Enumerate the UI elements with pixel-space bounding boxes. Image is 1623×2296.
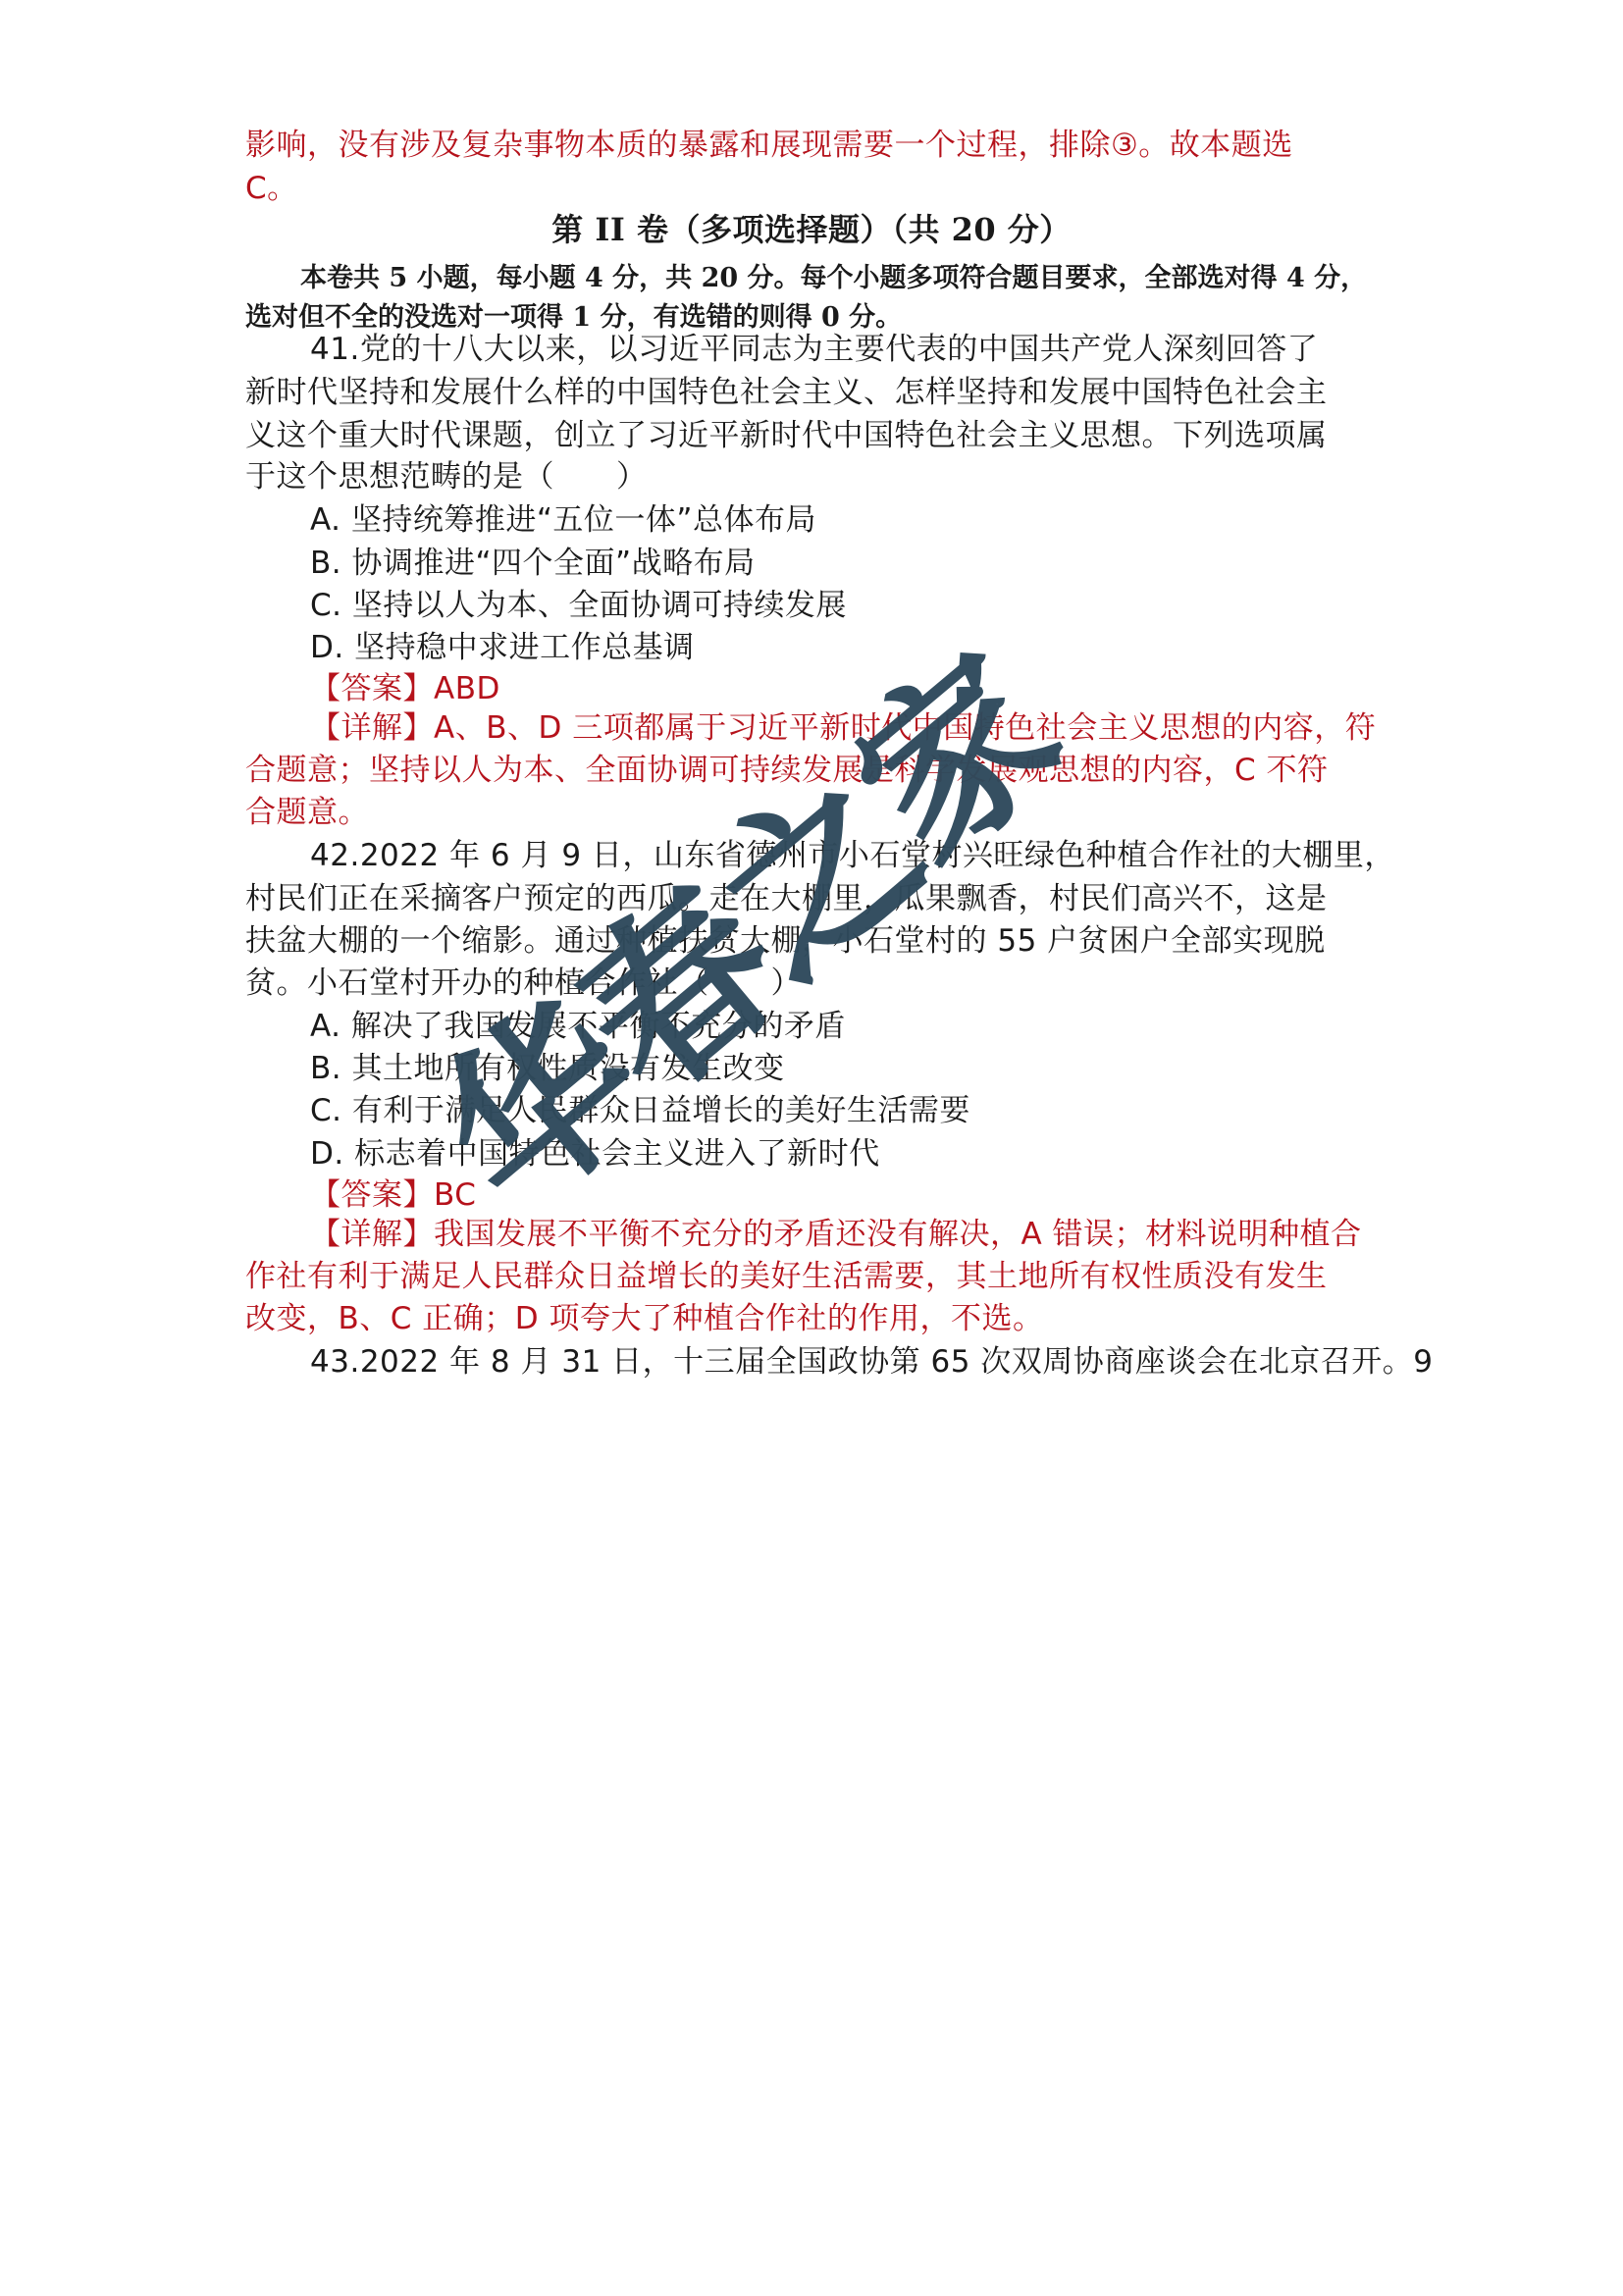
question-41-option-a: A. 坚持统筹推进“五位一体”总体布局 [310, 500, 1448, 540]
answer-value: ABD [434, 671, 500, 706]
question-41-stem-2: 新时代坚持和发展什么样的中国特色社会主义、怎样坚持和发展中国特色社会主 [245, 373, 1384, 412]
question-41-stem-1: 41.党的十八大以来，以习近平同志为主要代表的中国共产党人深刻回答了 [310, 330, 1448, 369]
question-41-option-b: B. 协调推进“四个全面”战略布局 [310, 544, 1448, 583]
explanation-label: 【详解】 [310, 710, 434, 746]
prev-explanation-line-1: 影响，没有涉及复杂事物本质的暴露和展现需要一个过程，排除③。故本题选 [245, 126, 1384, 165]
document-page: 影响，没有涉及复杂事物本质的暴露和展现需要一个过程，排除③。故本题选 C。 第 … [0, 0, 1623, 2296]
prev-explanation-line-2: C。 [245, 169, 1384, 208]
question-42-answer: 【答案】BC [310, 1175, 1448, 1215]
section-title: 第 II 卷（多项选择题）（共 20 分） [0, 210, 1623, 249]
question-43-stem-1: 43.2022 年 8 月 31 日，十三届全国政协第 65 次双周协商座谈会在… [310, 1342, 1448, 1382]
question-42-explanation-1: 【详解】我国发展不平衡不充分的矛盾还没有解决，A 错误；材料说明种植合 [310, 1215, 1448, 1254]
question-42-explanation-2: 作社有利于满足人民群众日益增长的美好生活需要，其土地所有权性质没有发生 [245, 1257, 1384, 1296]
question-42-explanation-3: 改变，B、C 正确；D 项夸大了种植合作社的作用，不选。 [245, 1299, 1384, 1338]
answer-value: BC [434, 1177, 476, 1213]
explanation-label: 【详解】 [310, 1217, 434, 1252]
section-instructions-1: 本卷共 5 小题，每小题 4 分，共 20 分。每个小题多项符合题目要求，全部选… [300, 259, 1439, 298]
question-number: 42. [310, 838, 360, 873]
answer-label: 【答案】 [310, 671, 434, 706]
question-41-option-c: C. 坚持以人为本、全面协调可持续发展 [310, 586, 1448, 625]
question-number: 41. [310, 332, 360, 367]
question-number: 43. [310, 1344, 360, 1380]
question-41-stem-3: 义这个重大时代课题，创立了习近平新时代中国特色社会主义思想。下列选项属 [245, 416, 1384, 455]
answer-label: 【答案】 [310, 1177, 434, 1213]
question-41-stem-4: 于这个思想范畴的是（ ） [245, 457, 1384, 496]
